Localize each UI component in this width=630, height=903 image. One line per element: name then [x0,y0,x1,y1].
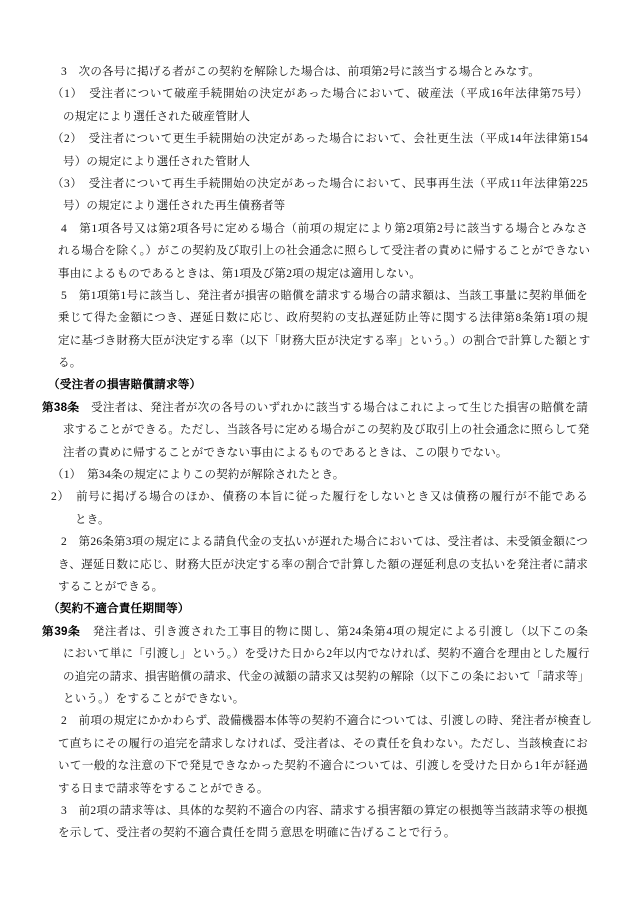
document-line: （1） 第34条の規定によりこの契約が解除されたとき。 [52,464,588,486]
document-line: き、遅延日数に応じ、財務大臣が決定する率の割合で計算した額の遅延利息の支払いを発… [58,554,588,576]
document-line: れる場合を除く。）がこの契約及び取引上の社会通念に照らして受注者の責めに帰するこ… [58,240,588,262]
document-line: という。）をすることができない。 [63,688,588,710]
document-line: （3） 受注者について再生手続開始の決定があった場合において、民事再生法（平成1… [52,173,588,195]
document-line: 号）の規定により選任された再生債務者等 [63,195,588,217]
document-line: 3 前2項の請求等は、具体的な契約不適合の内容、請求する損害額の算定の根拠等当該… [61,800,588,822]
document-line: する日まで請求等をすることができる。 [58,778,588,800]
document-line: （1） 受注者について破産手続開始の決定があった場合において、破産法（平成16年… [52,83,588,105]
document-line: 2 第26条第3項の規定による請負代金の支払いが遅れた場合においては、受注者は、… [61,531,588,553]
document-line: 2 前項の規定にかかわらず、設備機器本体等の契約不適合については、引渡しの時、発… [61,710,588,732]
document-line: 乗じて得た金額につき、遅延日数に応じ、政府契約の支払遅延防止等に関する法律第8条… [58,307,588,329]
document-line: の追完の請求、損害賠償の請求、代金の減額の請求又は契約の解除（以下この条において… [63,666,588,688]
document-line: 4 第1項各号又は第2項各号に定める場合（前項の規定により第2項第2号に該当する… [61,218,588,240]
section-heading: （受注者の損害賠償請求等） [48,374,588,396]
document-line: る。 [58,352,588,374]
document-line: 注者の責めに帰することができない事由によるものであるときは、この限りでない。 [63,442,588,464]
document-line: を示して、受注者の契約不適合責任を問う意思を明確に告げることで行う。 [58,822,588,844]
article-number: 第39条 [42,625,80,638]
document-line: 5 第1項第1号に該当し、発注者が損害の賠償を請求する場合の請求額は、当該工事量… [61,285,588,307]
article-number: 第38条 [42,401,79,414]
document-body: 3 次の各号に掲げる者がこの契約を解除した場合は、前項第2号に該当する場合とみな… [42,61,588,845]
document-page: 3 次の各号に掲げる者がこの契約を解除した場合は、前項第2号に該当する場合とみな… [0,0,630,903]
section-heading: （契約不適合責任期間等） [48,598,588,620]
document-line: することができる。 [58,576,588,598]
document-line: 3 次の各号に掲げる者がこの契約を解除した場合は、前項第2号に該当する場合とみな… [61,61,588,83]
document-line: 求することができる。ただし、当該各号に定める場合がこの契約及び取引上の社会通念に… [63,419,588,441]
document-line: （2） 受注者について更生手続開始の決定があった場合において、会社更生法（平成1… [52,128,588,150]
document-line: 定に基づき財務大臣が決定する率（以下「財務大臣が決定する率」という。）の割合で計… [58,330,588,352]
document-line: 第38条 受注者は、発注者が次の各号のいずれかに該当する場合はこれによって生じた… [42,397,588,419]
document-line: て直ちにその履行の追完を請求しなければ、受注者は、その責任を負わない。ただし、当… [58,733,588,755]
document-line: 事由によるものであるときは、第1項及び第2項の規定は適用しない。 [58,263,588,285]
document-line: 号）の規定により選任された管財人 [63,151,588,173]
document-line: 第39条 発注者は、引き渡された工事目的物に関し、第24条第4項の規定による引渡… [42,621,588,643]
document-line: 2） 前号に掲げる場合のほか、債務の本旨に従った履行をしないとき又は債務の履行が… [51,486,588,508]
document-line: において単に「引渡し」という。）を受けた日から2年以内でなければ、契約不適合を理… [63,643,588,665]
document-line: の規定により選任された破産管財人 [63,106,588,128]
document-line: とき。 [75,509,588,531]
document-line: いて一般的な注意の下で発見できなかった契約不適合については、引渡しを受けた日から… [58,755,588,777]
